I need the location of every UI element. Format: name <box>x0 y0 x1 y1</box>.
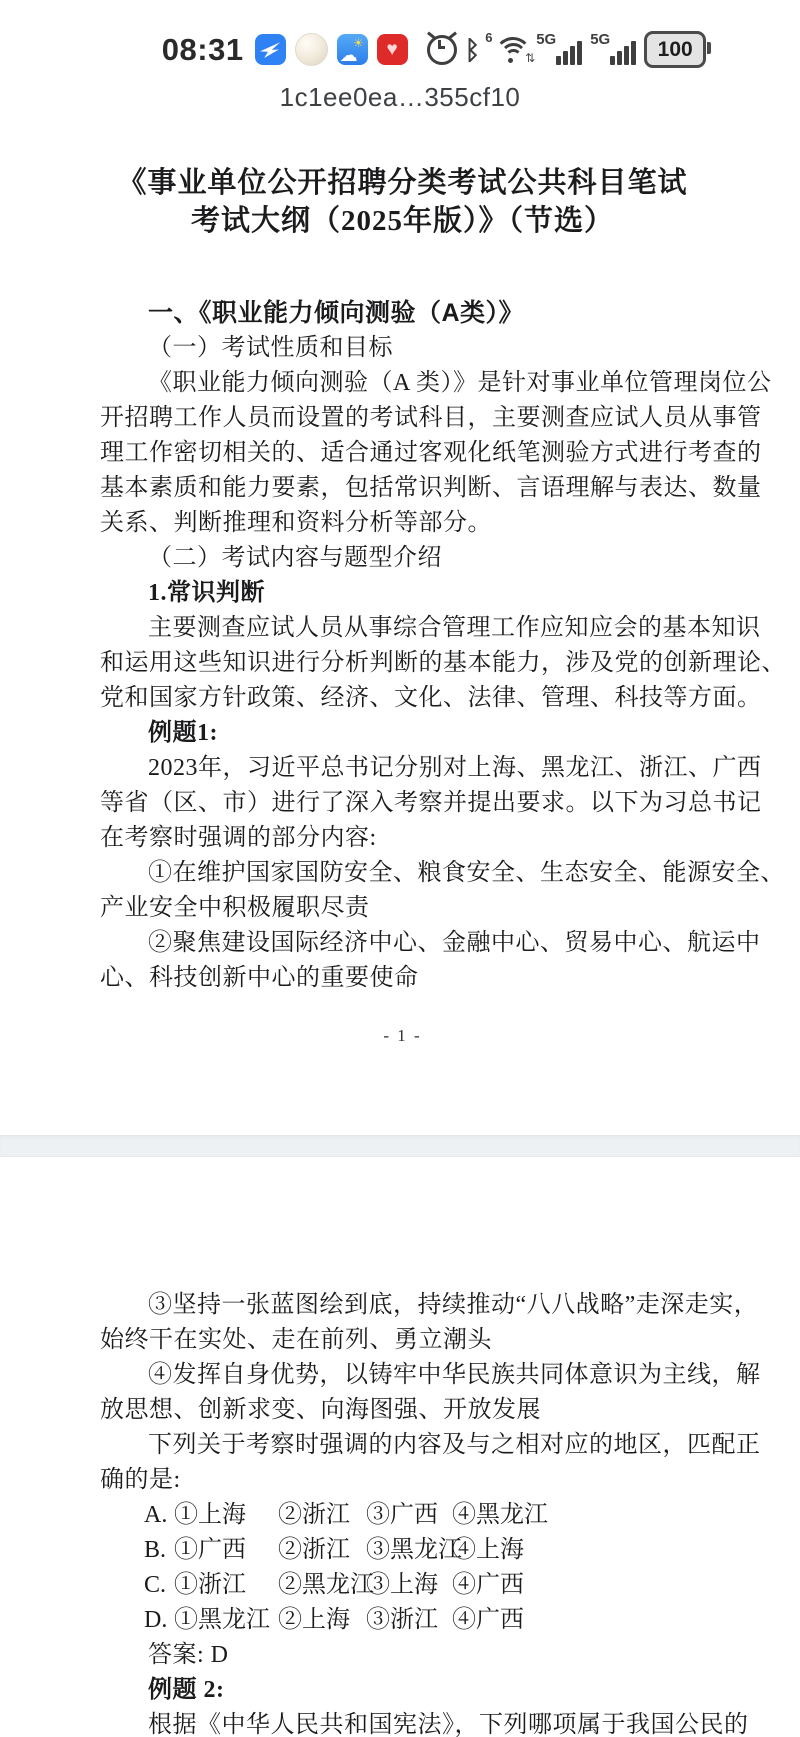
numbered-item-2-cont: 心、科技创新中心的重要使命 <box>100 961 705 996</box>
body-line: 《职业能力倾向测验（A 类）》是针对事业单位管理岗位公 <box>100 366 705 401</box>
option-item: ③浙江 <box>366 1603 452 1638</box>
signal-5g-icon-sim2: 5G <box>590 32 636 68</box>
option-label: C. <box>144 1568 174 1603</box>
network-type-label: 5G <box>536 31 556 48</box>
body-line: 开招聘工作人员而设置的考试科目，主要测查应试人员从事管 <box>100 401 705 436</box>
document-filename: 1c1ee0ea…355cf10 <box>280 82 521 113</box>
battery-icon: 100 <box>644 31 706 68</box>
health-heart-app-icon: ♥ <box>377 34 408 65</box>
numbered-item-2: ②聚焦建设国际经济中心、金融中心、贸易中心、航运中 <box>100 926 705 961</box>
option-item: ③广西 <box>366 1498 452 1533</box>
signal-5g-icon-sim1: 5G <box>536 32 582 68</box>
question-line: 下列关于考察时强调的内容及与之相对应的地区，匹配正 <box>100 1428 705 1463</box>
example-2-heading: 例题 2: <box>100 1673 705 1708</box>
subsection-heading-2: （二）考试内容与题型介绍 <box>100 541 705 576</box>
option-label: B. <box>144 1533 174 1568</box>
document-viewer[interactable]: 《事业单位公开招聘分类考试公共科目笔试 考试大纲（2025年版）》（节选） 一、… <box>0 119 800 1737</box>
section-heading: 一、《职业能力倾向测验（A类）》 <box>100 296 705 331</box>
numbered-item-4: ④发挥自身优势，以铸牢中华民族共同体意识为主线，解 <box>100 1358 705 1393</box>
numbered-item-1: ①在维护国家国防安全、粮食安全、生态安全、能源安全、 <box>100 856 705 891</box>
body-line: 在考察时强调的部分内容: <box>100 821 705 856</box>
body-line: 主要测查应试人员从事综合管理工作应知应会的基本知识 <box>100 611 705 646</box>
option-item: ③黑龙江 <box>366 1533 452 1568</box>
option-label: A. <box>144 1498 174 1533</box>
page-number: - 1 - <box>100 1026 705 1046</box>
option-row-d: D. ①黑龙江 ②上海 ③浙江 ④广西 <box>100 1603 705 1638</box>
bird-messenger-app-icon <box>255 34 286 65</box>
subsection-heading-1: （一）考试性质和目标 <box>100 331 705 366</box>
body-line: 党和国家方针政策、经济、文化、法律、管理、科技等方面。 <box>100 681 705 716</box>
topic-heading: 1.常识判断 <box>100 576 705 611</box>
pearl-app-icon <box>295 33 328 66</box>
wifi-generation-label: 6 <box>485 30 492 45</box>
option-row-b: B. ①广西 ②浙江 ③黑龙江 ④上海 <box>100 1533 705 1568</box>
numbered-item-3: ③坚持一张蓝图绘到底，持续推动“八八战略”走深走实， <box>100 1288 705 1323</box>
option-item: ①浙江 <box>174 1568 278 1603</box>
bluetooth-icon: ᛒ <box>465 37 481 63</box>
wifi-6-icon: 6 ⇅ <box>488 33 528 67</box>
option-item: ②上海 <box>278 1603 366 1638</box>
option-item: ④广西 <box>452 1603 705 1638</box>
option-item: ④黑龙江 <box>452 1498 705 1533</box>
option-row-a: A. ①上海 ②浙江 ③广西 ④黑龙江 <box>100 1498 705 1533</box>
clock-time: 08:31 <box>162 32 244 68</box>
document-title-bar: 1c1ee0ea…355cf10 <box>0 76 800 119</box>
page-separator <box>0 1135 800 1157</box>
option-label: D. <box>144 1603 174 1638</box>
network-type-label: 5G <box>590 31 610 48</box>
alarm-clock-icon <box>427 35 457 65</box>
option-row-c: C. ①浙江 ②黑龙江 ③上海 ④广西 <box>100 1568 705 1603</box>
body-line: 基本素质和能力要素，包括常识判断、言语理解与表达、数量 <box>100 471 705 506</box>
wifi-traffic-arrows-icon: ⇅ <box>525 51 535 65</box>
status-bar: 08:31 ☀☁ ♥ ᛒ 6 ⇅ 5G 5G 100 <box>0 0 800 76</box>
weather-app-icon: ☀☁ <box>337 34 368 65</box>
option-item: ②黑龙江 <box>278 1568 366 1603</box>
option-item: ①广西 <box>174 1533 278 1568</box>
body-line: 理工作密切相关的、适合通过客观化纸笔测验方式进行考查的 <box>100 436 705 471</box>
option-item: ①黑龙江 <box>174 1603 278 1638</box>
numbered-item-4-cont: 放思想、创新求变、向海图强、开放发展 <box>100 1393 705 1428</box>
body-line: 和运用这些知识进行分析判断的基本能力，涉及党的创新理论、 <box>100 646 705 681</box>
body-line: 2023年，习近平总书记分别对上海、黑龙江、浙江、广西 <box>100 751 705 786</box>
option-item: ②浙江 <box>278 1498 366 1533</box>
option-item: ②浙江 <box>278 1533 366 1568</box>
body-line: 关系、判断推理和资料分析等部分。 <box>100 506 705 541</box>
doc-title-line-2: 考试大纲（2025年版）》（节选） <box>100 202 705 240</box>
doc-title-line-1: 《事业单位公开招聘分类考试公共科目笔试 <box>100 164 705 202</box>
example-1-heading: 例题1: <box>100 716 705 751</box>
option-item: ④广西 <box>452 1568 705 1603</box>
answer-line: 答案: D <box>100 1638 705 1673</box>
question-line-cont: 确的是: <box>100 1463 705 1498</box>
option-item: ④上海 <box>452 1533 705 1568</box>
body-line: 等省（区、市）进行了深入考察并提出要求。以下为习总书记 <box>100 786 705 821</box>
option-item: ①上海 <box>174 1498 278 1533</box>
body-line-clipped: 根据《中华人民共和国宪法》，下列哪项属于我国公民的 <box>100 1708 705 1737</box>
numbered-item-1-cont: 产业安全中积极履职尽责 <box>100 891 705 926</box>
document-page-1: 《事业单位公开招聘分类考试公共科目笔试 考试大纲（2025年版）》（节选） 一、… <box>0 119 800 1135</box>
battery-level: 100 <box>658 38 693 62</box>
numbered-item-3-cont: 始终干在实处、走在前列、勇立潮头 <box>100 1323 705 1358</box>
option-item: ③上海 <box>366 1568 452 1603</box>
document-page-2: ③坚持一张蓝图绘到底，持续推动“八八战略”走深走实， 始终干在实处、走在前列、勇… <box>0 1157 800 1737</box>
